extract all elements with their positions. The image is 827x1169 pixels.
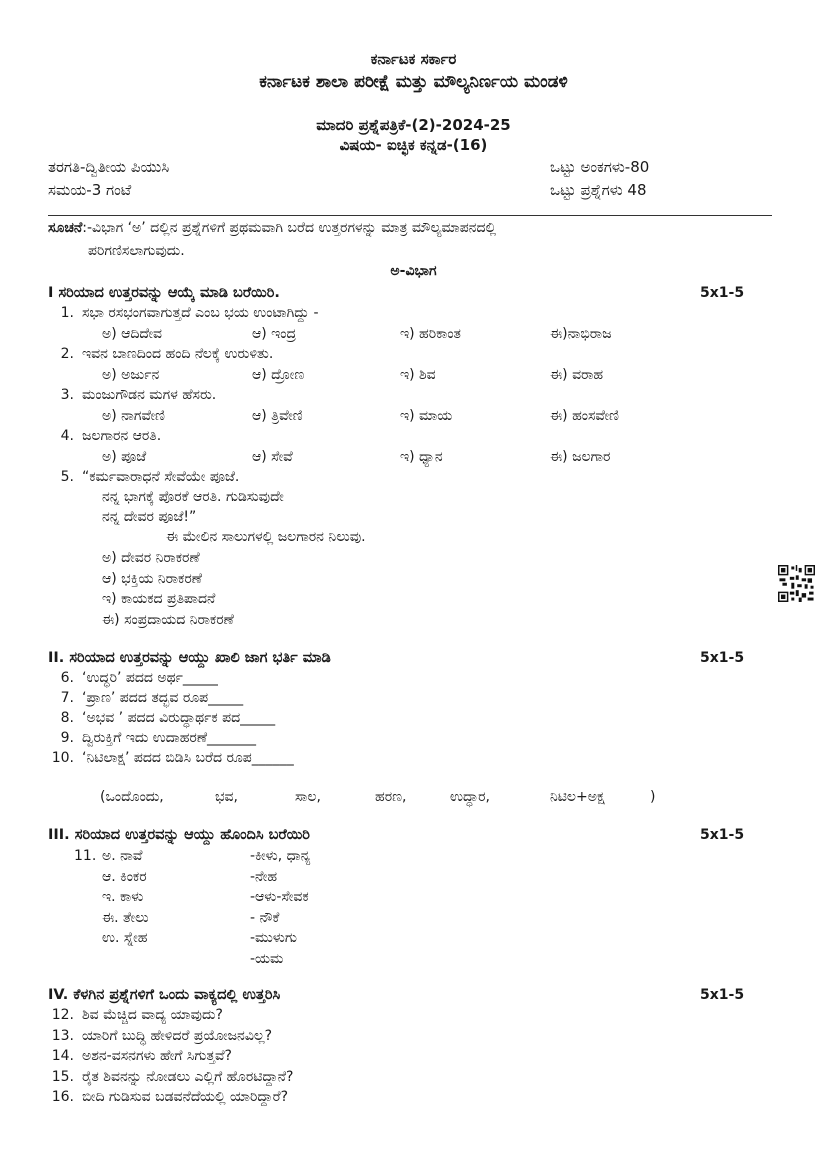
paper-title: ಮಾದರಿ ಪ್ರಶ್ನೆಪತ್ರಿಕೆ-(2)-2024-25 [0, 116, 827, 134]
match-right-item: -ಆಳು-ಸೇವಕ [250, 889, 309, 905]
question-number: 8. [50, 710, 74, 726]
question-number: 1. [50, 305, 74, 321]
answer-option: ಈ)ನಾಭಿರಾಜ [550, 326, 612, 342]
question-16: 16.ಬೀದಿ ಗುಡಿಸುವ ಬಡವನೆದೆಯಲ್ಲಿ ಯಾರಿದ್ದಾರೆ? [50, 1089, 288, 1105]
question-text: ಬೀದಿ ಗುಡಿಸುವ ಬಡವನೆದೆಯಲ್ಲಿ ಯಾರಿದ್ದಾರೆ? [82, 1089, 288, 1105]
question-number: 7. [50, 690, 74, 706]
answer-option: ಇ) ಮಾಯ [400, 408, 452, 424]
answer-option: ಅ) ಅರ್ಜುನ [102, 367, 159, 383]
header-divider [48, 215, 772, 216]
answer-option: ಅ) ಪೂಜೆ [102, 449, 146, 465]
question-number: 3. [50, 387, 74, 403]
match-left-item: ಅ. ನಾವೆ [102, 848, 142, 864]
question-text: ‘ಪ್ರಾಣ’ ಪದದ ತದ್ಭವ ರೂಪ_____ [82, 690, 243, 706]
question-text: ಅಶನ-ವಸನಗಳು ಹೇಗೆ ಸಿಗುತ್ತವೆ? [82, 1048, 232, 1064]
question-text: ಸಭಾ ರಸಭಂಗವಾಗುತ್ತದೆ ಎಂಬ ಭಯ ಉಂಟಾಗಿದ್ದು - [82, 305, 319, 321]
total-marks: ಒಟ್ಟು ಅಂಕಗಳು-80 [550, 158, 649, 176]
instruction-text: :-ವಿಭಾಗ ‘ಅ’ ದಲ್ಲಿನ ಪ್ರಶ್ನೆಗಳಿಗೆ ಪ್ರಥಮವಾಗ… [82, 220, 496, 236]
question-number: 15. [50, 1069, 74, 1085]
answer-option: ಈ) ಜಲಗಾರ [550, 449, 610, 465]
section-2-marks: 5x1-5 [700, 650, 744, 666]
question-text: ‘ಅಭವ ’ ಪದದ ವಿರುದ್ಧಾರ್ಥಕ ಪದ_____ [82, 710, 275, 726]
section-4-title: IV. ಕೆಳಗಿನ ಪ್ರಶ್ನೆಗಳಿಗೆ ಒಂದು ವಾಕ್ಯದಲ್ಲಿ … [48, 987, 280, 1003]
question-text: ಮಂಜುಗೌಡನ ಮಗಳ ಹೆಸರು. [82, 387, 216, 403]
question-text: ಯಾರಿಗೆ ಬುದ್ಧಿ ಹೇಳಿದರೆ ಪ್ರಯೋಜನವಿಲ್ಲ? [82, 1028, 272, 1044]
answer-option: ಆ) ತ್ರಿವೇಣಿ [252, 408, 303, 424]
part-title: ಅ-ವಿಭಾಗ [0, 263, 827, 279]
question-number: 10. [50, 750, 74, 766]
answer-option: ಈ) ಹಂಸವೇಣಿ [550, 408, 619, 424]
question-14: 14.ಅಶನ-ವಸನಗಳು ಹೇಗೆ ಸಿಗುತ್ತವೆ? [50, 1048, 232, 1064]
answer-option: ಆ) ಭಕ್ತಿಯ ನಿರಾಕರಣೆ [102, 571, 202, 587]
match-left-item: ಉ. ಸ್ನೇಹ [102, 930, 147, 946]
question-6: 6.‘ಉದ್ಧರಿ’ ಪದದ ಅರ್ಥ_____ [50, 670, 218, 686]
match-left-item: ಆ. ಕಿಂಕರ [102, 869, 147, 885]
board-title: ಕರ್ನಾಟಕ ಶಾಲಾ ಪರೀಕ್ಷೆ ಮತ್ತು ಮೌಲ್ಯನಿರ್ಣಯ ಮ… [0, 72, 827, 92]
word-bank-item: (ಒಂದೊಂದು, [100, 789, 164, 805]
answer-option: ಇ) ಧ್ಯಾನ [400, 449, 443, 465]
instruction: ಸೂಚನೆ:-ವಿಭಾಗ ‘ಅ’ ದಲ್ಲಿನ ಪ್ರಶ್ನೆಗಳಿಗೆ ಪ್ರ… [48, 220, 496, 236]
quote-line: “ಕರ್ಮವಾರಾಧನೆ ಸೇವೆಯೇ ಪೂಜೆ. [82, 469, 239, 485]
answer-option: ಇ) ಶಿವ [400, 367, 436, 383]
question-text: ಇವನ ಬಾಣದಿಂದ ಹಂದಿ ನೆಲಕ್ಕೆ ಉರುಳಿತು. [82, 346, 273, 362]
answer-option: ಇ) ಕಾಯಕದ ಪ್ರತಿಪಾದನೆ [102, 591, 215, 607]
time-label: ಸಮಯ-3 ಗಂಟೆ [48, 181, 131, 199]
question-12: 12.ಶಿವ ಮೆಚ್ಚಿದ ವಾದ್ಯ ಯಾವುದು? [50, 1007, 223, 1023]
word-bank-item: ) [650, 789, 655, 805]
question-7: 7.‘ಪ್ರಾಣ’ ಪದದ ತದ್ಭವ ರೂಪ_____ [50, 690, 243, 706]
match-left-item: ಇ. ಕಾಳು [102, 889, 143, 905]
question-text: ದ್ವಿರುಕ್ತಿಗೆ ಇದು ಉದಾಹರಣೆ_______ [82, 730, 256, 746]
question-13: 13.ಯಾರಿಗೆ ಬುದ್ಧಿ ಹೇಳಿದರೆ ಪ್ರಯೋಜನವಿಲ್ಲ? [50, 1028, 272, 1044]
answer-option: ಅ) ಆದಿದೇವ [102, 326, 162, 342]
question-number: 13. [50, 1028, 74, 1044]
question-text: ‘ನಿಟಿಲಾಕ್ಷ’ ಪದದ ಬಿಡಿಸಿ ಬರೆದ ರೂಪ______ [82, 750, 294, 766]
subject-title: ವಿಷಯ- ಐಚ್ಛಿಕ ಕನ್ನಡ-(16) [0, 136, 827, 154]
section-2-title: II. ಸರಿಯಾದ ಉತ್ತರವನ್ನು ಆಯ್ದು ಖಾಲಿ ಜಾಗ ಭರ್… [48, 650, 331, 666]
match-right-item: -ಯಮ [250, 951, 283, 967]
question-5: 5.“ಕರ್ಮವಾರಾಧನೆ ಸೇವೆಯೇ ಪೂಜೆ. [50, 469, 239, 485]
match-right-item: -ಕೀಳು, ಧಾನ್ಯ [250, 848, 310, 864]
question-9: 9.ದ್ವಿರುಕ್ತಿಗೆ ಇದು ಉದಾಹರಣೆ_______ [50, 730, 256, 746]
question-number: 16. [50, 1089, 74, 1105]
answer-option: ಅ) ನಾಗವೇಣಿ [102, 408, 165, 424]
word-bank-item: ಭವ, [215, 789, 238, 805]
word-bank-item: ಸಾಲ, [295, 789, 321, 805]
answer-option: ಆ) ಇಂದ್ರ [252, 326, 296, 342]
section-1-marks: 5x1-5 [700, 285, 744, 301]
govt-title: ಕರ್ನಾಟಕ ಸರ್ಕಾರ [0, 50, 827, 68]
match-right-item: -ಮುಳುಗು [250, 930, 297, 946]
word-bank-item: ಉದ್ಧಾರ, [450, 789, 490, 805]
instruction-continued: ಪರಿಗಣಿಸಲಾಗುವುದು. [88, 243, 185, 259]
answer-option: ಈ) ವರಾಹ [550, 367, 603, 383]
question-number: 9. [50, 730, 74, 746]
instruction-label: ಸೂಚನೆ [48, 220, 82, 236]
question-15: 15.ರೈತ ಶಿವನನ್ನು ನೋಡಲು ಎಲ್ಲಿಗೆ ಹೊರಟಿದ್ದಾನ… [50, 1069, 293, 1085]
quote-line: ನನ್ನ ದೇವರ ಪೂಜೆ!” [102, 509, 196, 525]
question-2: 2.ಇವನ ಬಾಣದಿಂದ ಹಂದಿ ನೆಲಕ್ಕೆ ಉರುಳಿತು. [50, 346, 273, 362]
question-text: ಶಿವ ಮೆಚ್ಚಿದ ವಾದ್ಯ ಯಾವುದು? [82, 1007, 223, 1023]
word-bank-item: ಹರಣ, [375, 789, 406, 805]
answer-option: ಅ) ದೇವರ ನಿರಾಕರಣೆ [102, 550, 200, 566]
question-number: 5. [50, 469, 74, 485]
question-number: 2. [50, 346, 74, 362]
answer-option: ಈ) ಸಂಪ್ರದಾಯದ ನಿರಾಕರಣೆ [102, 612, 234, 628]
answer-option: ಇ) ಹರಿಕಾಂತ [400, 326, 461, 342]
match-right-item: - ನೌಕೆ [250, 910, 279, 926]
question-text: ಈ ಮೇಲಿನ ಸಾಲುಗಳಲ್ಲಿ ಜಲಗಾರನ ನಿಲುವು. [166, 529, 366, 545]
question-text: ‘ಉದ್ಧರಿ’ ಪದದ ಅರ್ಥ_____ [82, 670, 218, 686]
qr-code-icon [778, 565, 815, 602]
answer-option: ಆ) ದ್ರೋಣ [252, 367, 304, 383]
question-number: 6. [50, 670, 74, 686]
match-right-item: -ನೇಹ [250, 869, 277, 885]
quote-line: ನನ್ನ ಭಾಗಕ್ಕೆ ಪೊರಕೆ ಆರತಿ. ಗುಡಿಸುವುದೇ [102, 489, 284, 505]
question-text: ಜಲಗಾರನ ಆರತಿ. [82, 428, 161, 444]
question-1: 1.ಸಭಾ ರಸಭಂಗವಾಗುತ್ತದೆ ಎಂಬ ಭಯ ಉಂಟಾಗಿದ್ದು - [50, 305, 319, 321]
question-4: 4.ಜಲಗಾರನ ಆರತಿ. [50, 428, 161, 444]
question-number: 14. [50, 1048, 74, 1064]
section-1-title: I ಸರಿಯಾದ ಉತ್ತರವನ್ನು ಆಯ್ಕೆ ಮಾಡಿ ಬರೆಯಿರಿ. [48, 285, 280, 301]
section-3-title: III. ಸರಿಯಾದ ಉತ್ತರವನ್ನು ಆಯ್ದು ಹೊಂದಿಸಿ ಬರೆ… [48, 827, 310, 843]
question-8: 8.‘ಅಭವ ’ ಪದದ ವಿರುದ್ಧಾರ್ಥಕ ಪದ_____ [50, 710, 275, 726]
total-questions: ಒಟ್ಟು ಪ್ರಶ್ನೆಗಳು 48 [550, 181, 647, 199]
section-4-marks: 5x1-5 [700, 987, 744, 1003]
class-label: ತರಗತಿ-ದ್ವಿತೀಯ ಪಿಯುಸಿ [48, 158, 169, 176]
question-text: ರೈತ ಶಿವನನ್ನು ನೋಡಲು ಎಲ್ಲಿಗೆ ಹೊರಟಿದ್ದಾನೆ? [82, 1069, 293, 1085]
match-left-item: ಈ. ತೇಲು [102, 910, 149, 926]
question-11-number: 11. [74, 848, 96, 864]
question-number: 4. [50, 428, 74, 444]
question-number: 12. [50, 1007, 74, 1023]
question-10: 10.‘ನಿಟಿಲಾಕ್ಷ’ ಪದದ ಬಿಡಿಸಿ ಬರೆದ ರೂಪ______ [50, 750, 294, 766]
question-3: 3.ಮಂಜುಗೌಡನ ಮಗಳ ಹೆಸರು. [50, 387, 216, 403]
answer-option: ಆ) ಸೇವೆ [252, 449, 293, 465]
section-3-marks: 5x1-5 [700, 827, 744, 843]
word-bank-item: ನಿಟಿಲ+ಅಕ್ಷ [550, 789, 605, 805]
